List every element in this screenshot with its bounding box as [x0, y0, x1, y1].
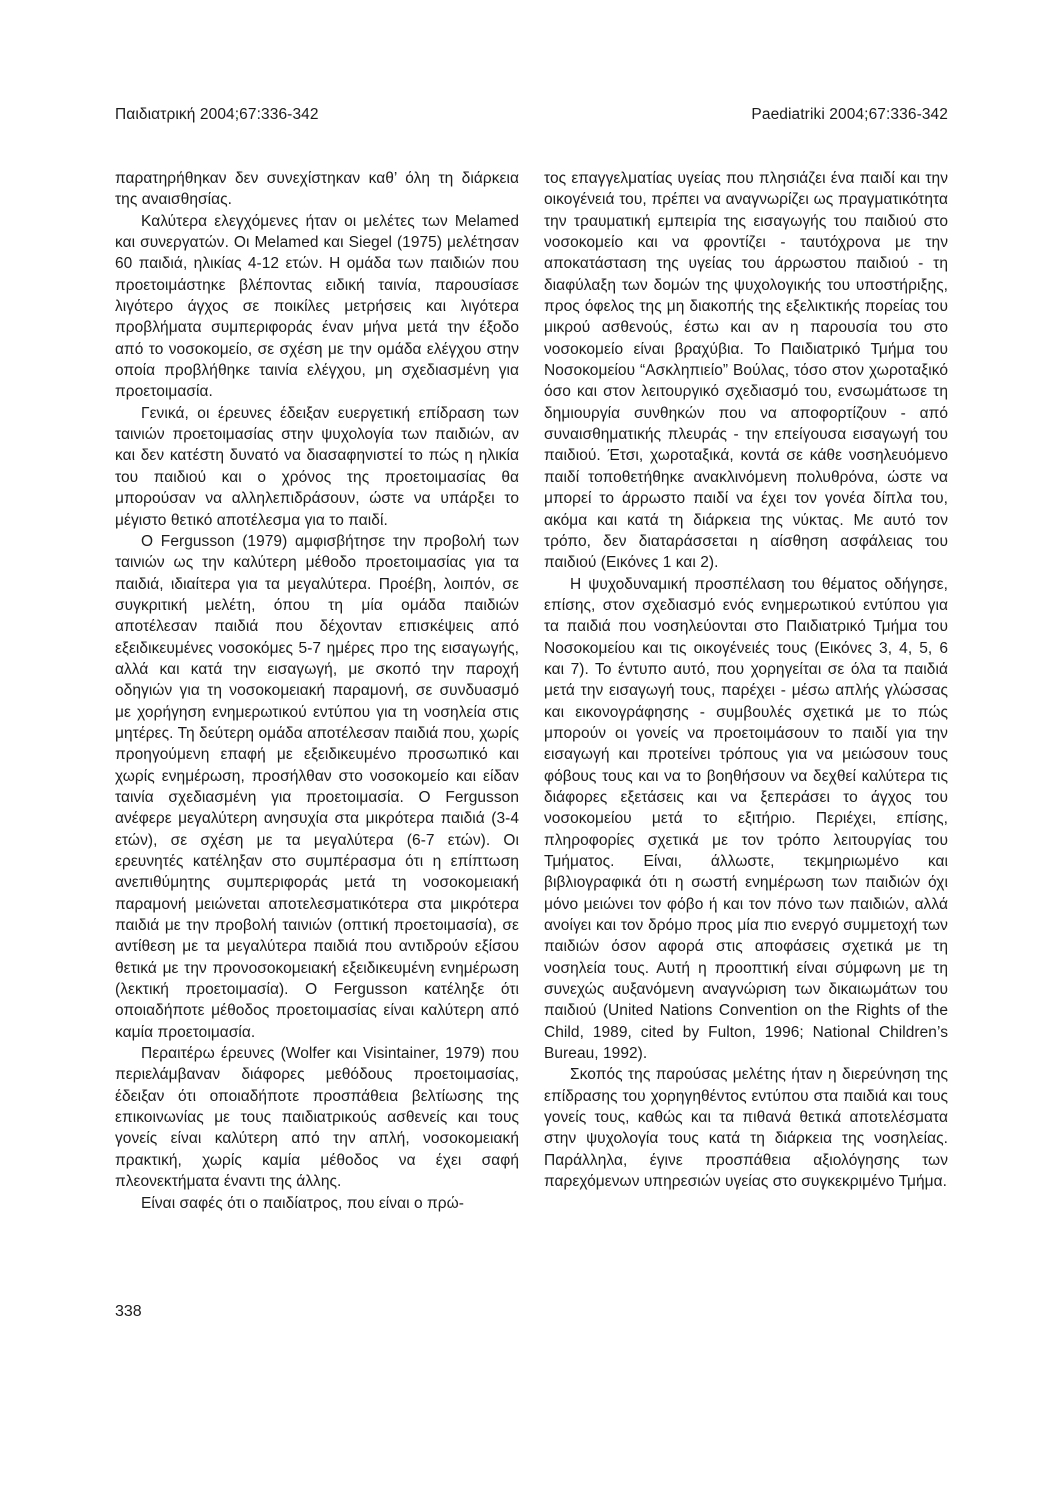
paragraph: Η ψυχοδυναμική προσπέλαση του θέματος οδ… [544, 574, 948, 1065]
paragraph: Ο Fergusson (1979) αμφισβήτησε την προβο… [115, 531, 519, 1043]
journal-page: Παιδιατρική 2004;67:336-342 Paediatriki … [0, 0, 1060, 1499]
right-column: τος επαγγελματίας υγείας που πλησιάζει έ… [544, 168, 948, 1214]
paragraph: Περαιτέρω έρευνες (Wolfer και Visintaine… [115, 1043, 519, 1192]
article-body: παρατηρήθηκαν δεν συνεχίστηκαν καθ’ όλη … [115, 168, 948, 1214]
left-column: παρατηρήθηκαν δεν συνεχίστηκαν καθ’ όλη … [115, 168, 519, 1214]
paragraph: Γενικά, οι έρευνες έδειξαν ευεργετική επ… [115, 403, 519, 531]
paragraph: Καλύτερα ελεγχόμενες ήταν οι μελέτες των… [115, 211, 519, 403]
paragraph: τος επαγγελματίας υγείας που πλησιάζει έ… [544, 168, 948, 574]
running-head-right-citation: Paediatriki 2004;67:336-342 [751, 106, 948, 124]
page-number: 338 [115, 1303, 142, 1321]
paragraph: Είναι σαφές ότι ο παιδίατρος, που είναι … [115, 1193, 519, 1214]
paragraph: Σκοπός της παρούσας μελέτης ήταν η διερε… [544, 1064, 948, 1192]
running-head: Παιδιατρική 2004;67:336-342 Paediatriki … [115, 106, 948, 124]
paragraph: παρατηρήθηκαν δεν συνεχίστηκαν καθ’ όλη … [115, 168, 519, 211]
running-head-left-citation: Παιδιατρική 2004;67:336-342 [115, 106, 319, 124]
